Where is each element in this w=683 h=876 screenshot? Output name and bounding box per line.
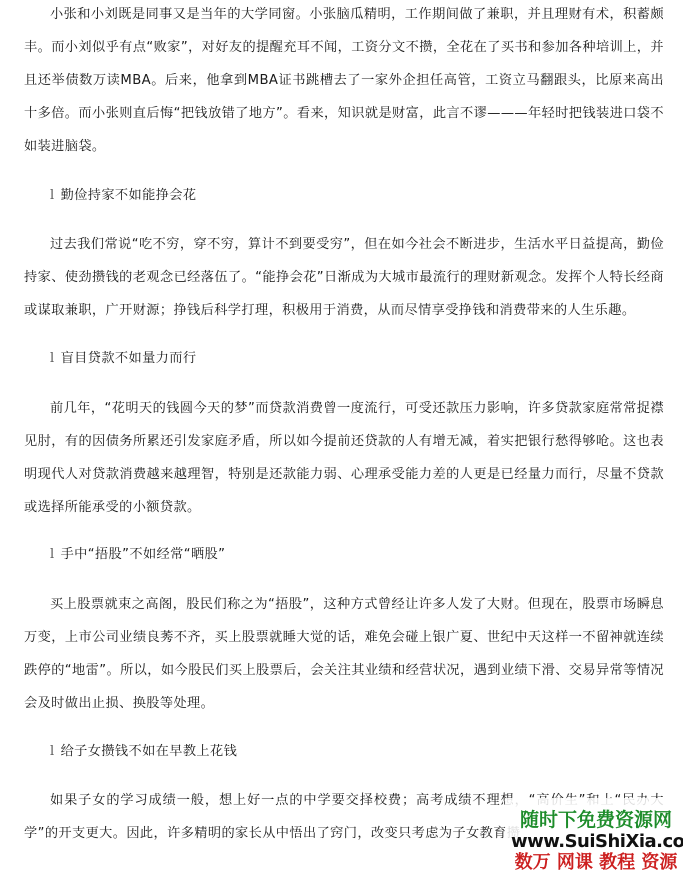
section-paragraph-2: 前几年，“花明天的钱圆今天的梦”而贷款消费曾一度流行，可受还款压力影响，许多贷款…: [24, 392, 664, 524]
bullet-icon: l: [50, 188, 55, 203]
section-paragraph-3: 买上股票就束之高阁，股民们称之为“捂股”，这种方式曾经让许多人发了大财。但现在，…: [24, 588, 664, 720]
section-heading-4: l给子女攒钱不如在早教上花钱: [50, 742, 237, 762]
intro-paragraph: 小张和小刘既是同事又是当年的大学同窗。小张脑瓜精明，工作期间做了兼职，并且理财有…: [24, 0, 664, 163]
bullet-icon: l: [50, 744, 55, 759]
section-heading-text: 手中“捂股”不如经常“晒股”: [61, 547, 226, 562]
watermark-tagline: 数万 网课 教程 资源: [511, 854, 681, 872]
section-heading-text: 给子女攒钱不如在早教上花钱: [61, 744, 238, 759]
bullet-icon: l: [50, 547, 55, 562]
bullet-icon: l: [50, 351, 55, 366]
section-heading-2: l盲目贷款不如量力而行: [50, 349, 196, 369]
section-heading-3: l手中“捂股”不如经常“晒股”: [50, 545, 225, 565]
watermark-title: 随时下免费资源网: [511, 811, 681, 830]
section-heading-text: 盲目贷款不如量力而行: [61, 351, 197, 366]
section-paragraph-1: 过去我们常说“吃不穷，穿不穷，算计不到要受穷”，但在如今社会不断进步，生活水平日…: [24, 228, 664, 327]
section-heading-1: l勤俭持家不如能挣会花: [50, 186, 196, 206]
section-heading-text: 勤俭持家不如能挣会花: [61, 188, 197, 203]
watermark-url: www.SuiShiXia.com: [511, 833, 681, 851]
watermark: 随时下免费资源网 www.SuiShiXia.com 数万 网课 教程 资源: [511, 811, 681, 872]
